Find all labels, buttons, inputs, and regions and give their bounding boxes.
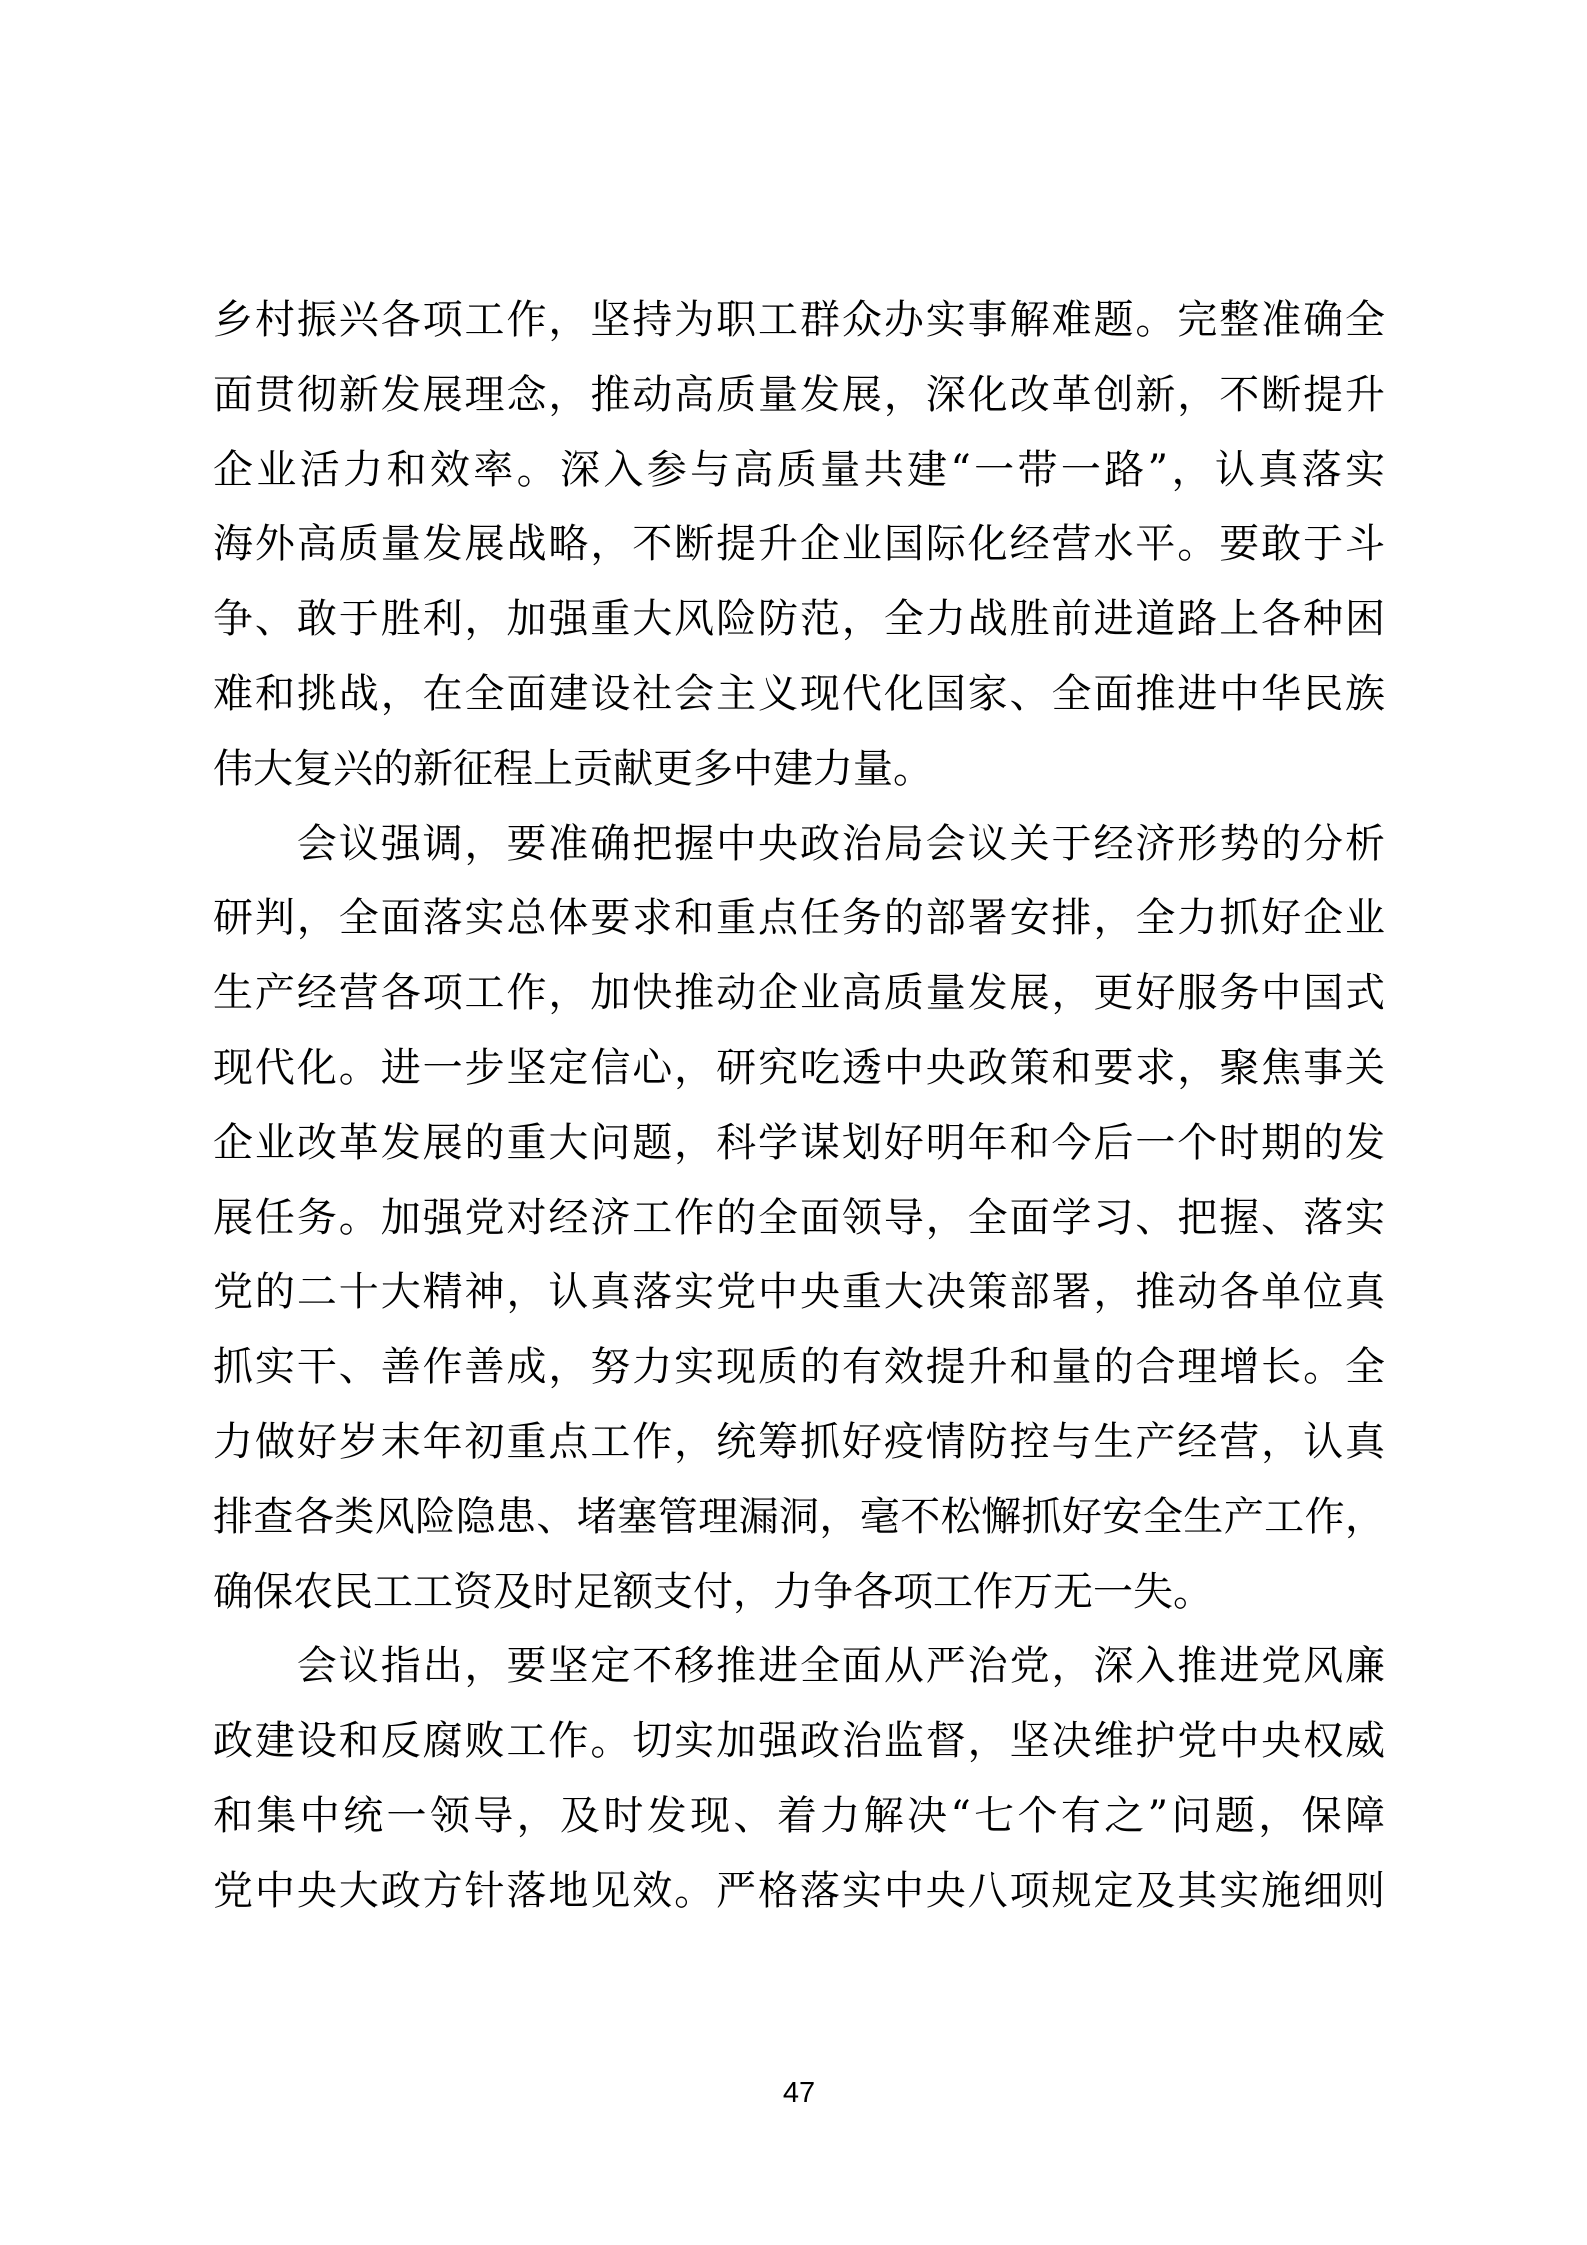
text-block: 乡村振兴各项工作，坚持为职工群众办实事解难题。完整准确全面贯彻新发展理念，推动高… xyxy=(213,283,1385,1929)
paragraph: 会议指出，要坚定不移推进全面从严治党，深入推进党风廉政建设和反腐败工作。切实加强… xyxy=(213,1629,1385,1928)
text-line: 企业改革发展的重大问题，科学谋划好明年和今后一个时期的发 xyxy=(213,1106,1385,1181)
text-line: 展任务。加强党对经济工作的全面领导，全面学习、把握、落实 xyxy=(213,1181,1385,1256)
page-number: 47 xyxy=(783,2077,815,2109)
text-line: 排查各类风险隐患、堵塞管理漏洞，毫不松懈抓好安全生产工作， xyxy=(213,1480,1385,1555)
text-line: 党中央大政方针落地见效。严格落实中央八项规定及其实施细则 xyxy=(213,1854,1385,1929)
document-page: 乡村振兴各项工作，坚持为职工群众办实事解难题。完整准确全面贯彻新发展理念，推动高… xyxy=(0,0,1587,2245)
text-line: 面贯彻新发展理念，推动高质量发展，深化改革创新，不断提升 xyxy=(213,358,1385,433)
text-line: 伟大复兴的新征程上贡献更多中建力量。 xyxy=(213,732,1385,807)
text-line: 现代化。进一步坚定信心，研究吃透中央政策和要求，聚焦事关 xyxy=(213,1031,1385,1106)
text-line: 乡村振兴各项工作，坚持为职工群众办实事解难题。完整准确全 xyxy=(213,283,1385,358)
text-line: 力做好岁末年初重点工作，统筹抓好疫情防控与生产经营，认真 xyxy=(213,1405,1385,1480)
text-line: 确保农民工工资及时足额支付，力争各项工作万无一失。 xyxy=(213,1555,1385,1630)
text-line: 会议指出，要坚定不移推进全面从严治党，深入推进党风廉 xyxy=(213,1629,1385,1704)
text-line: 抓实干、善作善成，努力实现质的有效提升和量的合理增长。全 xyxy=(213,1330,1385,1405)
text-line: 党的二十大精神，认真落实党中央重大决策部署，推动各单位真 xyxy=(213,1255,1385,1330)
text-line: 企业活力和效率。深入参与高质量共建“一带一路”，认真落实 xyxy=(213,433,1385,508)
text-line: 政建设和反腐败工作。切实加强政治监督，坚决维护党中央权威 xyxy=(213,1704,1385,1779)
text-line: 研判，全面落实总体要求和重点任务的部署安排，全力抓好企业 xyxy=(213,881,1385,956)
page-footer: 47 xyxy=(213,2079,1385,2108)
paragraph: 会议强调，要准确把握中央政治局会议关于经济形势的分析研判，全面落实总体要求和重点… xyxy=(213,807,1385,1630)
text-line: 海外高质量发展战略，不断提升企业国际化经营水平。要敢于斗 xyxy=(213,507,1385,582)
text-line: 和集中统一领导，及时发现、着力解决“七个有之”问题，保障 xyxy=(213,1779,1385,1854)
text-line: 难和挑战，在全面建设社会主义现代化国家、全面推进中华民族 xyxy=(213,657,1385,732)
text-line: 会议强调，要准确把握中央政治局会议关于经济形势的分析 xyxy=(213,807,1385,882)
text-line: 生产经营各项工作，加快推动企业高质量发展，更好服务中国式 xyxy=(213,956,1385,1031)
text-line: 争、敢于胜利，加强重大风险防范，全力战胜前进道路上各种困 xyxy=(213,582,1385,657)
paragraph: 乡村振兴各项工作，坚持为职工群众办实事解难题。完整准确全面贯彻新发展理念，推动高… xyxy=(213,283,1385,807)
